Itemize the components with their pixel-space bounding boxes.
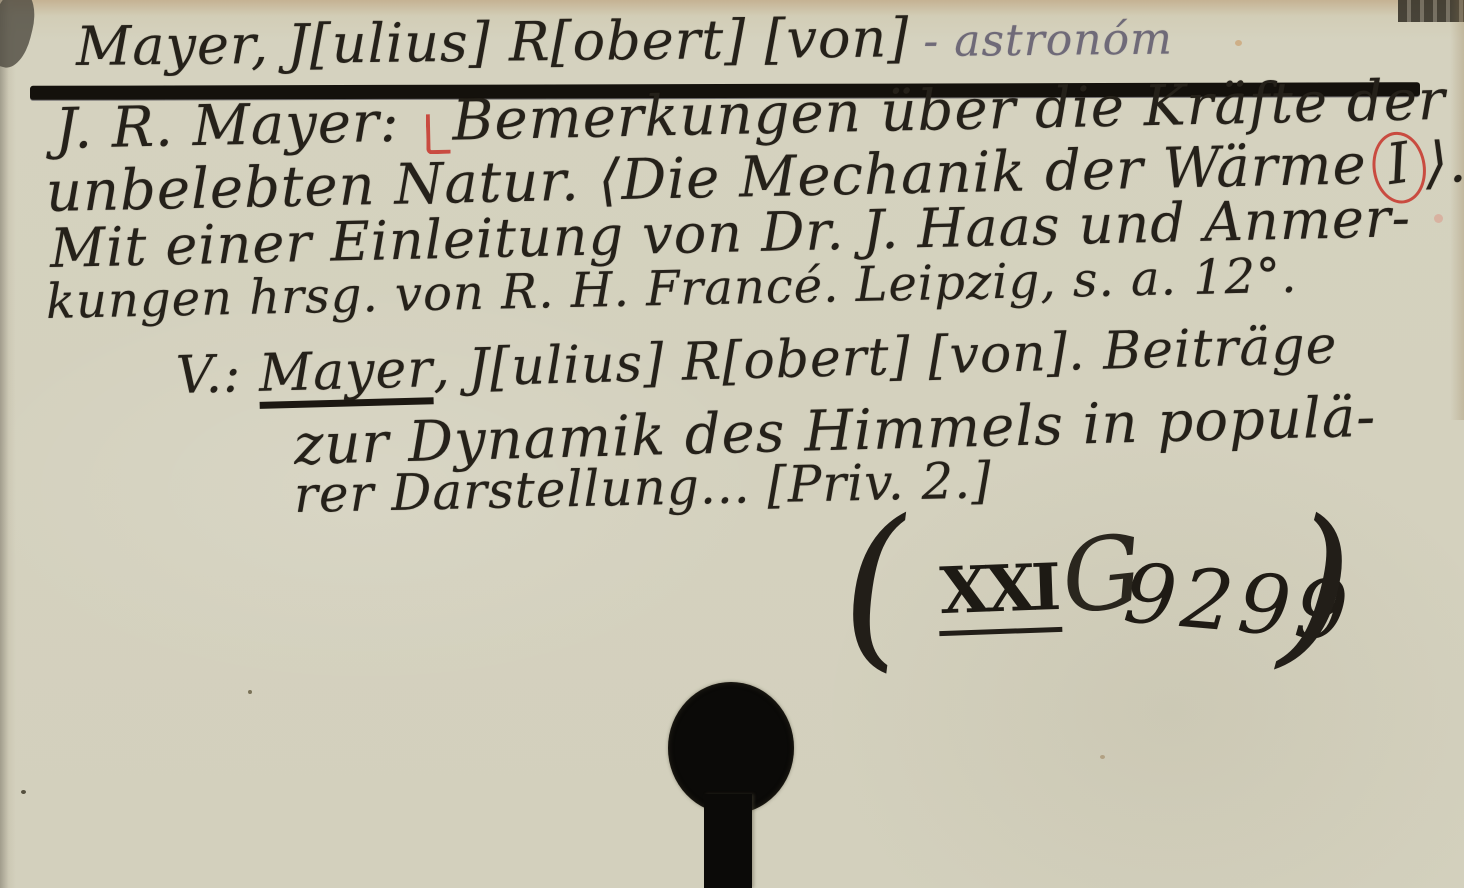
scan-corner-top-left (0, 0, 41, 72)
scan-edge-right (1450, 0, 1464, 420)
author-heading-line: Mayer, J[ulius] R[obert] [von]- astronóm (76, 9, 1173, 74)
rod-slot (704, 794, 752, 888)
scan-edge-left (0, 0, 16, 888)
cross-reference-line-1-rest: , J[ulius] R[obert] [von]. Beiträge (432, 316, 1338, 400)
entry-line-1-lead: J. R. Mayer: (54, 89, 419, 162)
author-heading: Mayer, J[ulius] R[obert] [von] (76, 6, 910, 78)
entry-line-2-close: ⟩. (1425, 130, 1464, 196)
see-also-label: V.: (175, 344, 260, 406)
pencil-annotation: - astronóm (923, 14, 1173, 68)
red-corner-mark (426, 114, 451, 154)
paper-speck (21, 790, 26, 794)
underlined-author-name: Mayer (258, 343, 434, 409)
shelfmark-close-paren: ) (1277, 496, 1357, 675)
paper-speck (1100, 755, 1105, 759)
paper-speck (248, 690, 252, 694)
catalog-card: Mayer, J[ulius] R[obert] [von]- astronóm… (0, 0, 1464, 888)
paper-speck (1235, 40, 1242, 46)
shelfmark-open-paren: ( (834, 498, 914, 677)
paper-speck (1434, 214, 1443, 223)
shelfmark-series-roman: XXI (937, 550, 1063, 636)
